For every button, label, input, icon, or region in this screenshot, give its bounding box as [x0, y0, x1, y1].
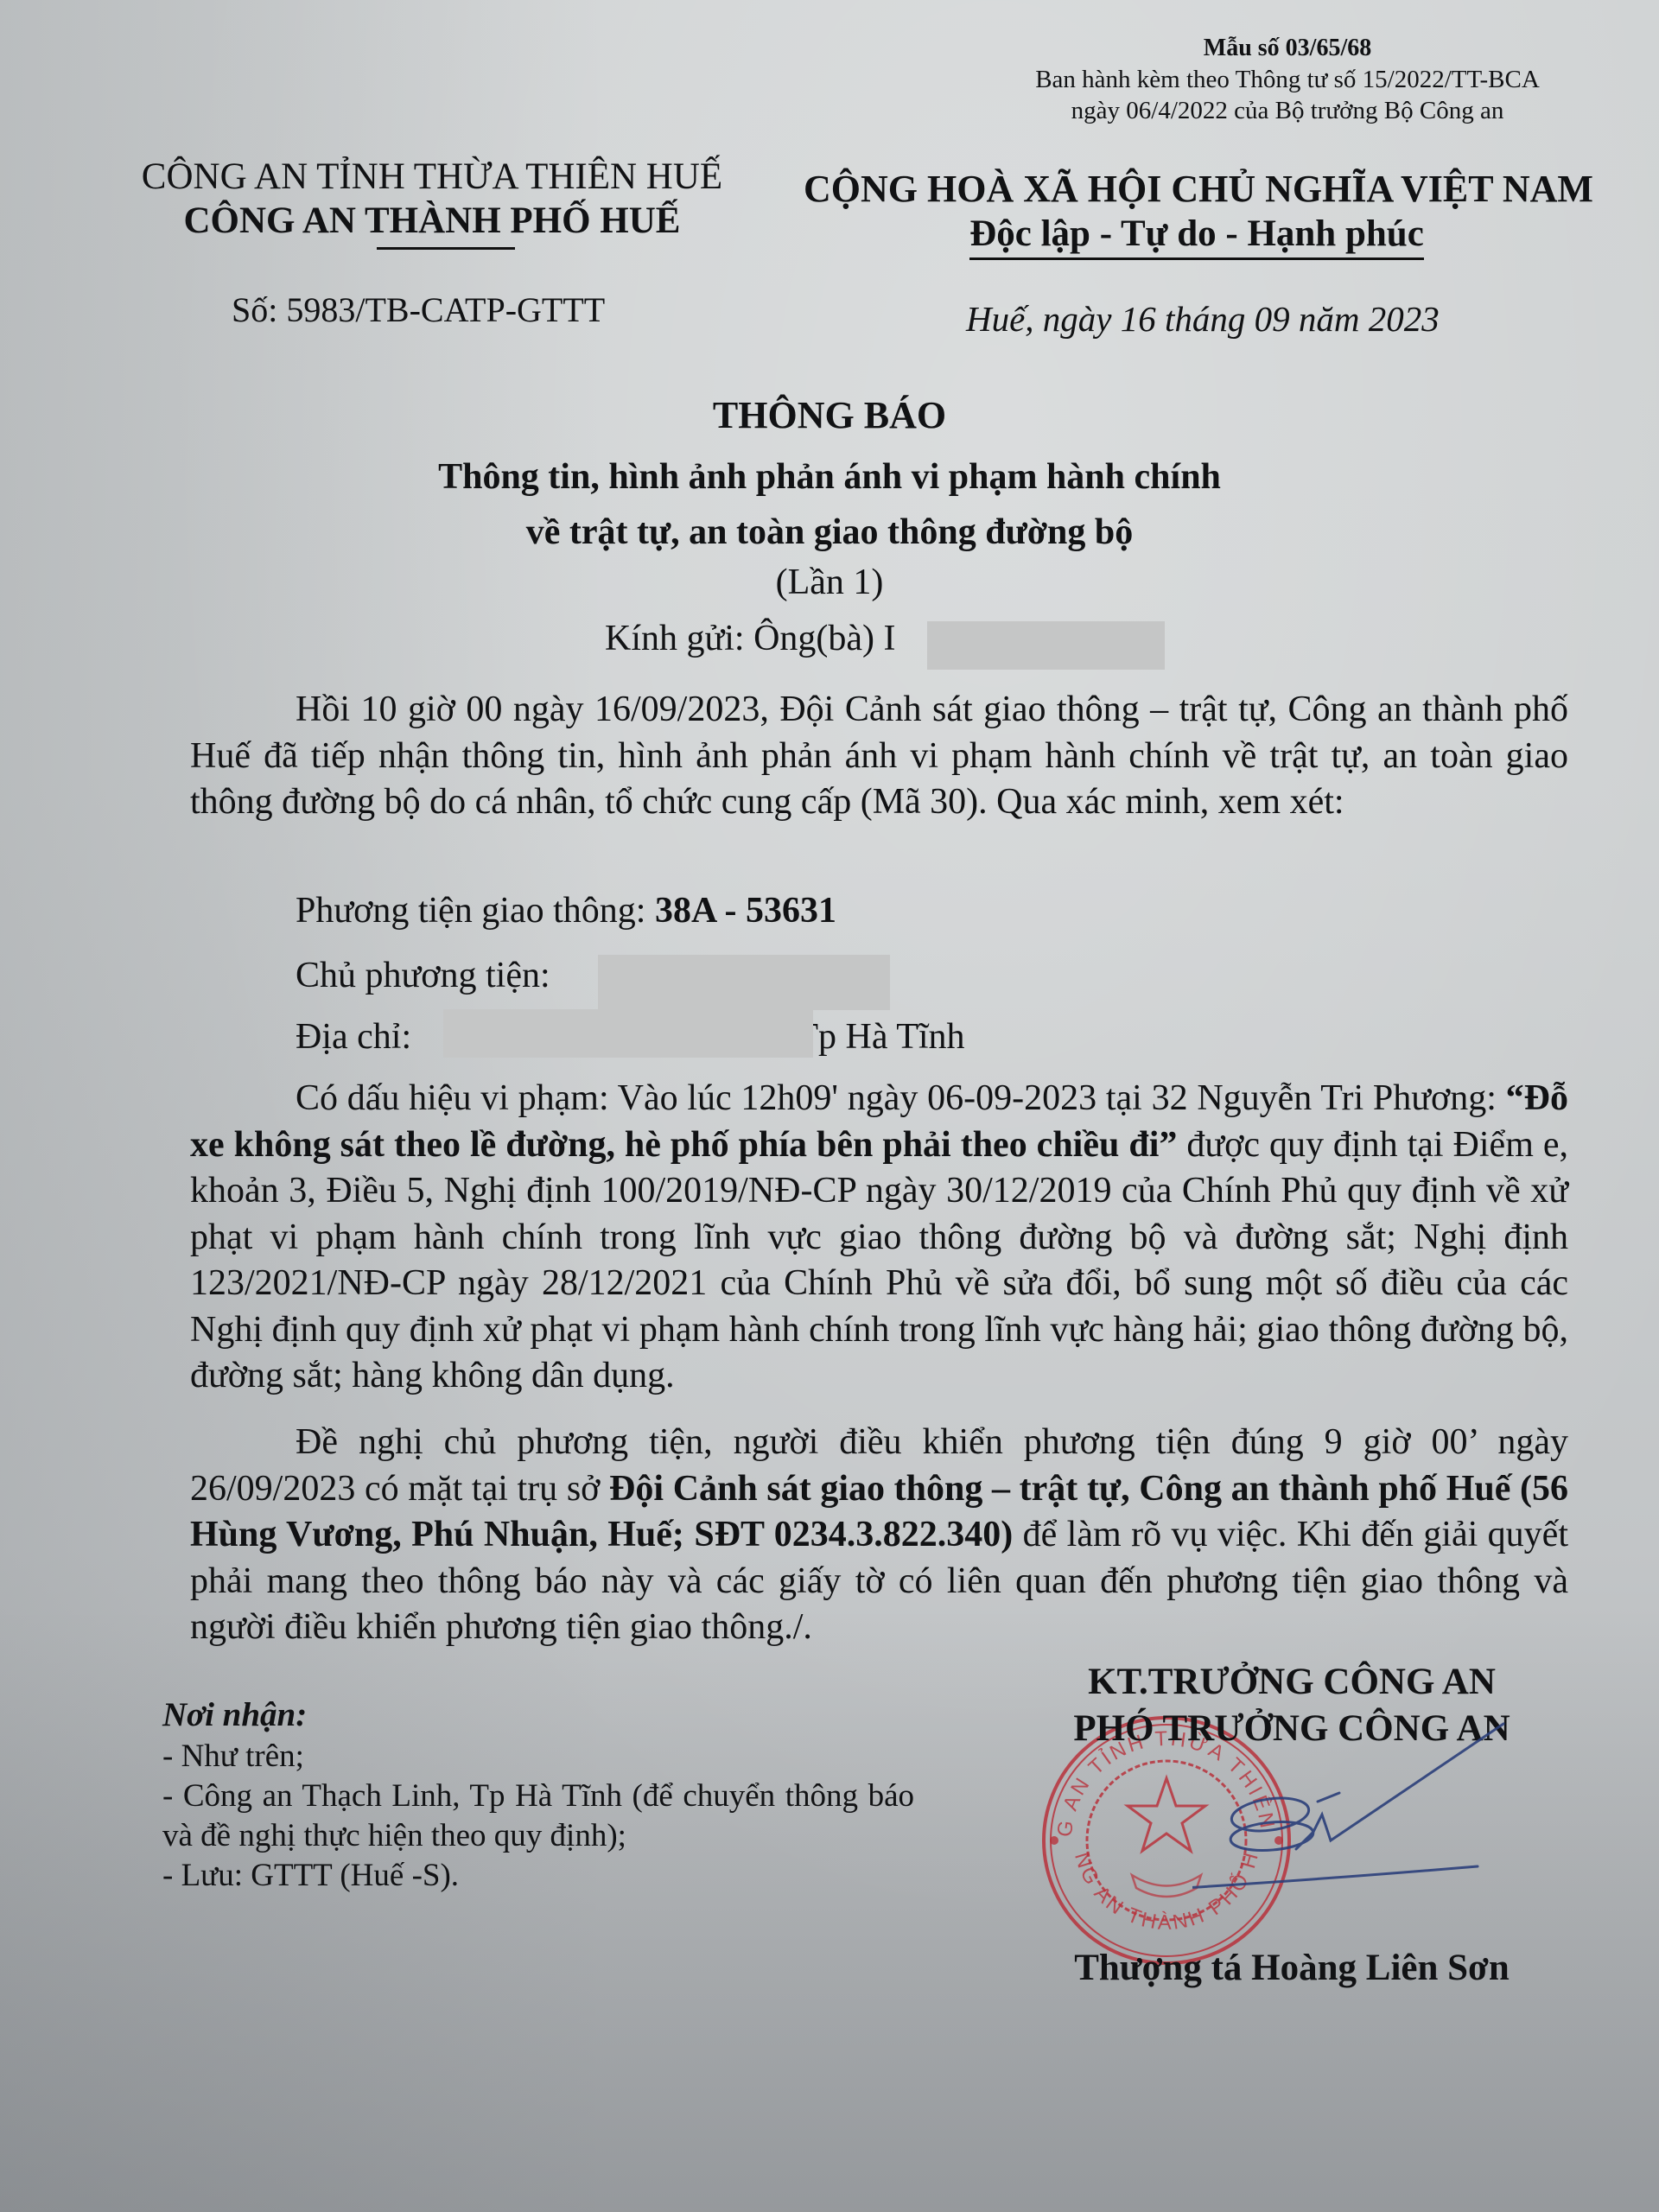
body-paragraph-intake: Hồi 10 giờ 00 ngày 16/09/2023, Đội Cảnh … [190, 687, 1568, 826]
recipients-heading: Nơi nhận: [162, 1694, 914, 1737]
issuing-agency-block: CÔNG AN TỈNH THỪA THIÊN HUẾ CÔNG AN THÀN… [112, 156, 752, 250]
vehicle-label: Phương tiện giao thông: [296, 891, 655, 931]
recipient-item: - Như trên; [162, 1737, 914, 1777]
subtitle-line2: về trật tự, an toàn giao thông đường bộ [0, 505, 1659, 560]
body-paragraph-request: Đề nghị chủ phương tiện, người điều khiể… [190, 1420, 1568, 1651]
form-issuance-line1: Ban hành kèm theo Thông tư số 15/2022/TT… [1020, 64, 1555, 95]
agency-underline [377, 247, 515, 250]
notice-occurrence: (Lần 1) [0, 562, 1659, 603]
document-number: Số: 5983/TB-CATP-GTTT [232, 289, 605, 330]
signer-name: Thượng tá Hoàng Liên Sơn [1020, 1947, 1564, 1989]
form-code: Mẫu số 03/65/68 [1020, 33, 1555, 64]
national-motto: Độc lập - Tự do - Hạnh phúc [969, 213, 1424, 260]
signature-title-line1: KT.TRƯỞNG CÔNG AN [1020, 1659, 1564, 1706]
document-title: THÔNG BÁO [0, 393, 1659, 437]
national-header-block: CỘNG HOÀ XÃ HỘI CHỦ NGHĨA VIỆT NAM Độc l… [804, 166, 1590, 260]
place-and-date: Huế, ngày 16 tháng 09 năm 2023 [966, 298, 1440, 340]
violation-intro: Có dấu hiệu vi phạm: Vào lúc 12h09' ngày… [296, 1078, 1506, 1118]
address-label: Địa chỉ: [296, 1017, 411, 1057]
parent-agency: CÔNG AN TỈNH THỪA THIÊN HUẾ [112, 156, 752, 199]
redacted-addressee-name [927, 621, 1165, 670]
violation-legal-basis: được quy định tại Điểm e, khoản 3, Điều … [190, 1125, 1568, 1396]
recipients-block: Nơi nhận: - Như trên; - Công an Thạch Li… [162, 1694, 914, 1896]
recipient-item: - Lưu: GTTT (Huế -S). [162, 1856, 914, 1896]
redacted-owner-name [598, 955, 890, 1010]
vehicle-plate: 38A - 53631 [655, 891, 836, 931]
form-issuance-line2: ngày 06/4/2022 của Bộ trưởng Bộ Công an [1020, 95, 1555, 126]
owner-label: Chủ phương tiện: [296, 956, 550, 995]
redacted-address [443, 1009, 813, 1058]
addressee-line: Kính gửi: Ông(bà) I [605, 618, 896, 659]
agency-name: CÔNG AN THÀNH PHỐ HUẾ [112, 199, 752, 244]
owner-field: Chủ phương tiện: [296, 955, 550, 996]
document-subtitle: Thông tin, hình ảnh phản ánh vi phạm hàn… [0, 449, 1659, 560]
intake-text: Hồi 10 giờ 00 ngày 16/09/2023, Đội Cảnh … [190, 690, 1568, 822]
nation-name: CỘNG HOÀ XÃ HỘI CHỦ NGHĨA VIỆT NAM [804, 166, 1590, 213]
subtitle-line1: Thông tin, hình ảnh phản ánh vi phạm hàn… [0, 449, 1659, 505]
body-paragraph-violation: Có dấu hiệu vi phạm: Vào lúc 12h09' ngày… [190, 1076, 1568, 1400]
handwritten-signature [1192, 1719, 1538, 1927]
vehicle-field: Phương tiện giao thông: 38A - 53631 [296, 890, 836, 931]
form-reference: Mẫu số 03/65/68 Ban hành kèm theo Thông … [1020, 33, 1555, 126]
recipient-item: - Công an Thạch Linh, Tp Hà Tĩnh (để chu… [162, 1777, 914, 1856]
